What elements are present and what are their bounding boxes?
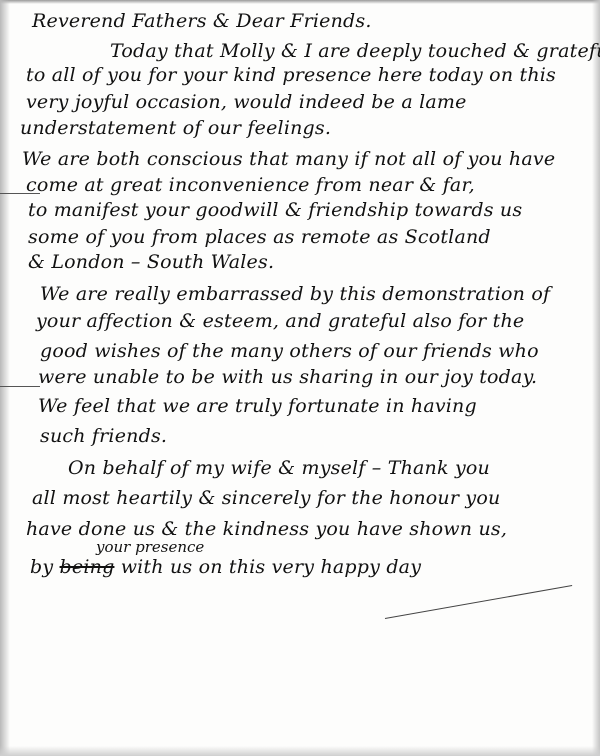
letter-line: We are both conscious that many if not a… (22, 148, 555, 170)
final-line-prefix: by (30, 556, 53, 578)
letter-line: have done us & the kindness you have sho… (26, 518, 507, 540)
final-line-rest: with us on this very happy day (121, 556, 421, 578)
fold-mark (0, 386, 40, 387)
letter-line: come at great inconvenience from near & … (26, 174, 475, 196)
paper-edge-right (592, 0, 600, 756)
letter-line: Today that Molly & I are deeply touched … (110, 40, 600, 62)
letter-line: On behalf of my wife & myself – Thank yo… (68, 457, 490, 479)
letter-insertion: your presence (96, 538, 204, 556)
letter-line: understatement of our feelings. (20, 117, 331, 139)
letter-line: very joyful occasion, would indeed be a … (26, 91, 467, 113)
struck-word: being (60, 556, 115, 578)
letter-page: Reverend Fathers & Dear Friends. Today t… (0, 0, 600, 756)
letter-line: some of you from places as remote as Sco… (28, 226, 491, 248)
letter-line: to all of you for your kind presence her… (26, 64, 556, 86)
paper-edge-left (0, 0, 10, 756)
letter-line: such friends. (40, 425, 167, 447)
letter-line: were unable to be with us sharing in our… (38, 366, 537, 388)
letter-line: good wishes of the many others of our fr… (40, 340, 539, 362)
letter-salutation: Reverend Fathers & Dear Friends. (32, 10, 372, 32)
letter-line: We are really embarrassed by this demons… (40, 283, 550, 305)
letter-final-line: by being with us on this very happy day (30, 556, 421, 578)
signature-flourish (385, 585, 572, 619)
paper-edge-top (0, 0, 600, 4)
letter-line: all most heartily & sincerely for the ho… (32, 487, 500, 509)
paper-edge-bottom (0, 746, 600, 756)
letter-line: your affection & esteem, and grateful al… (36, 310, 524, 332)
letter-line: & London – South Wales. (28, 251, 274, 273)
letter-line: We feel that we are truly fortunate in h… (38, 395, 477, 417)
letter-line: to manifest your goodwill & friendship t… (28, 199, 522, 221)
